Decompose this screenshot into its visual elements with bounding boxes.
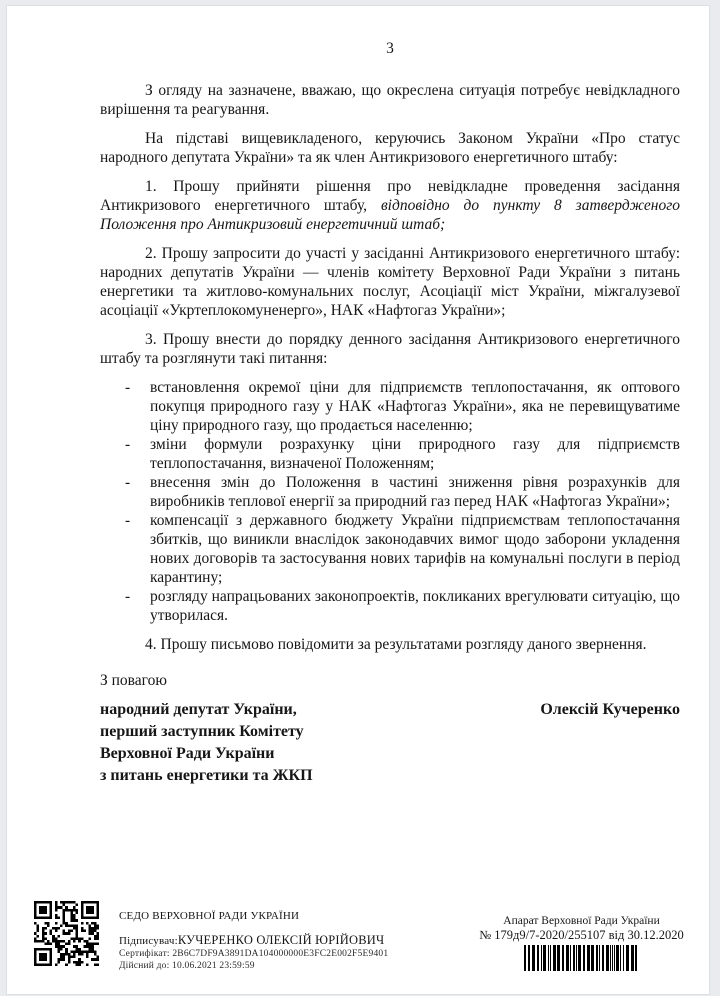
- signatory-position-line: перший заступник Комітету: [100, 721, 313, 743]
- paragraph-legal-basis: На підставі вищевикладеного, керуючись З…: [100, 129, 680, 167]
- apparat-title: Апарат Верховної Ради України: [474, 914, 689, 928]
- digital-signature-stamp: СЕДО ВЕРХОВНОЇ РАДИ УКРАЇНИ Підписувач:К…: [119, 910, 388, 960]
- qr-code-icon: [34, 901, 99, 960]
- signatory-position-line: народний депутат України,: [100, 699, 313, 721]
- bullet-item-3: внесення змін до Положення в частині зни…: [124, 473, 680, 511]
- paragraph-item-2: 2. Прошу запросити до участі у засіданні…: [100, 244, 680, 320]
- barcode-icon: [524, 945, 640, 960]
- signer-line: Підписувач:КУЧЕРЕНКО ОЛЕКСІЙ ЮРІЙОВИЧ: [119, 934, 388, 948]
- bullet-item-5: розгляду напрацьованих законопроектів, п…: [124, 587, 680, 625]
- signatory-position: народний депутат України, перший заступн…: [100, 699, 313, 787]
- paragraph-item-3: 3. Прошу внести до порядку денного засід…: [100, 330, 680, 368]
- bullet-list: встановлення окремої ціни для підприємст…: [124, 378, 680, 625]
- bullet-item-4: компенсації з державного бюджету України…: [124, 511, 680, 587]
- registration-stamp: Апарат Верховної Ради України № 179д9/7-…: [474, 914, 689, 960]
- stamp-footer: СЕДО ВЕРХОВНОЇ РАДИ УКРАЇНИ Підписувач:К…: [7, 901, 711, 960]
- signer-name: КУЧЕРЕНКО ОЛЕКСІЙ ЮРІЙОВИЧ: [178, 933, 384, 947]
- signature-block: народний депутат України, перший заступн…: [100, 699, 680, 787]
- bullet-item-1: встановлення окремої ціни для підприємст…: [124, 378, 680, 435]
- certificate-line: Сертифікат: 2B6C7DF9A3891DA104000000E3FC…: [119, 949, 388, 960]
- paragraph-item-1: 1. Прошу прийняти рішення про невідкладн…: [100, 177, 680, 234]
- paragraph-item-4: 4. Прошу письмово повідомити за результа…: [100, 635, 680, 654]
- signer-label: Підписувач:: [119, 935, 178, 947]
- document-content: 3 З огляду на зазначене, вважаю, що окре…: [7, 6, 709, 787]
- signatory-name: Олексій Кучеренко: [540, 699, 680, 787]
- bullet-item-2: зміни формули розрахунку ціни природного…: [124, 435, 680, 473]
- signatory-position-line: з питань енергетики та ЖКП: [100, 765, 313, 787]
- sedo-title: СЕДО ВЕРХОВНОЇ РАДИ УКРАЇНИ: [119, 910, 388, 923]
- page-number: 3: [100, 39, 680, 58]
- registration-number: № 179д9/7-2020/255107 від 30.12.2020: [474, 928, 689, 943]
- closing-salutation: З повагою: [100, 671, 680, 690]
- signatory-position-line: Верховної Ради України: [100, 743, 313, 765]
- document-page: 3 З огляду на зазначене, вважаю, що окре…: [6, 5, 710, 960]
- paragraph-intro: З огляду на зазначене, вважаю, що окресл…: [100, 81, 680, 119]
